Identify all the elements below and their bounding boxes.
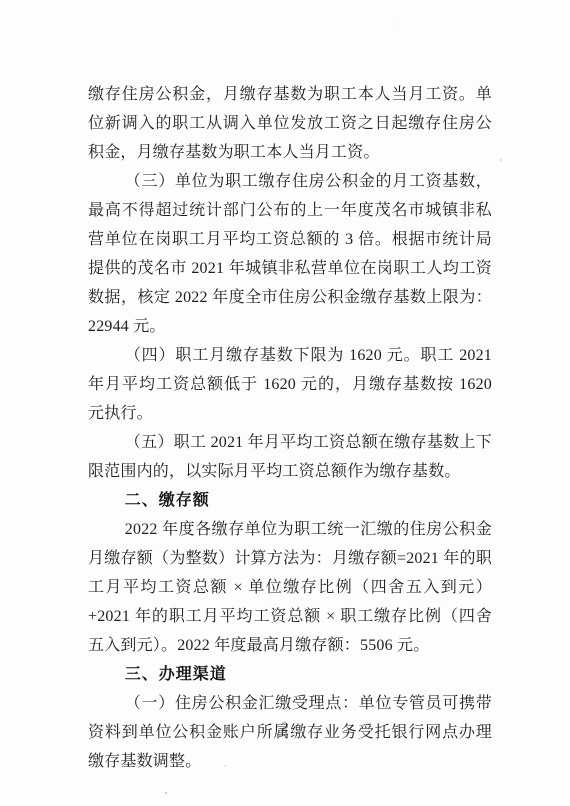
paragraph-continuation: 缴存住房公积金，月缴存基数为职工本人当月工资。单位新调入的职工从调入单位发放工资… [88,80,492,167]
paragraph-item-4: （四）职工月缴存基数下限为 1620 元。职工 2021 年月平均工资总额低于 … [88,341,492,428]
section-heading-handling-channels: 三、办理渠道 [88,660,492,689]
paragraph-item-5: （五）职工 2021 年月平均工资总额在缴存基数上下限范围内的，以实际月平均工资… [88,428,492,486]
paragraph-deposit-amount-formula: 2022 年度各缴存单位为职工统一汇缴的住房公积金月缴存额（为整数）计算方法为：… [88,515,492,660]
page-number: 2 [0,719,570,735]
scanned-document-page: 缴存住房公积金，月缴存基数为职工本人当月工资。单位新调入的职工从调入单位发放工资… [0,0,570,806]
paragraph-item-3: （三）单位为职工缴存住房公积金的月工资基数，最高不得超过统计部门公布的上一年度茂… [88,167,492,341]
document-body: 缴存住房公积金，月缴存基数为职工本人当月工资。单位新调入的职工从调入单位发放工资… [88,80,492,776]
section-heading-deposit-amount: 二、缴存额 [88,486,492,515]
